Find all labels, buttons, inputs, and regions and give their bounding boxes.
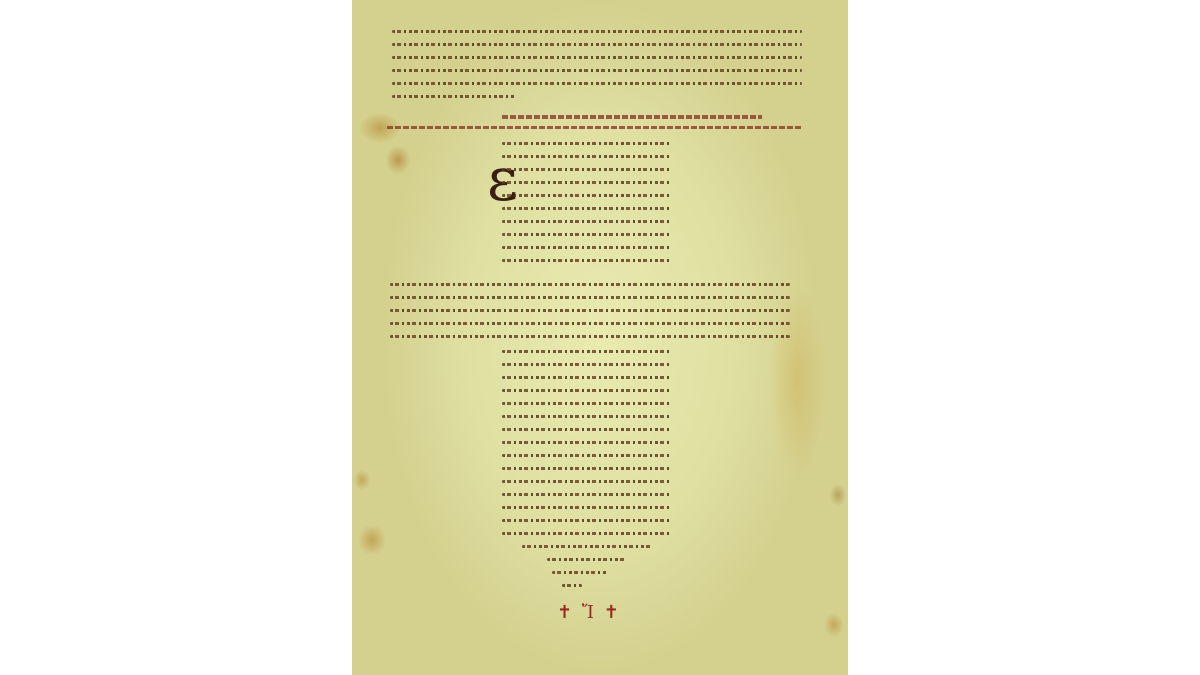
decorative-rule bbox=[502, 115, 762, 119]
manuscript-page: ε ✝ Ἴ ✝ bbox=[352, 0, 848, 675]
decorative-rule-wavy bbox=[387, 126, 802, 129]
top-text-block bbox=[392, 30, 802, 108]
cross-arm-block bbox=[390, 283, 790, 348]
cross-lower-column bbox=[502, 350, 672, 597]
cross-upper-column bbox=[502, 142, 672, 272]
colophon-cross: ✝ Ἴ ✝ bbox=[557, 602, 621, 623]
